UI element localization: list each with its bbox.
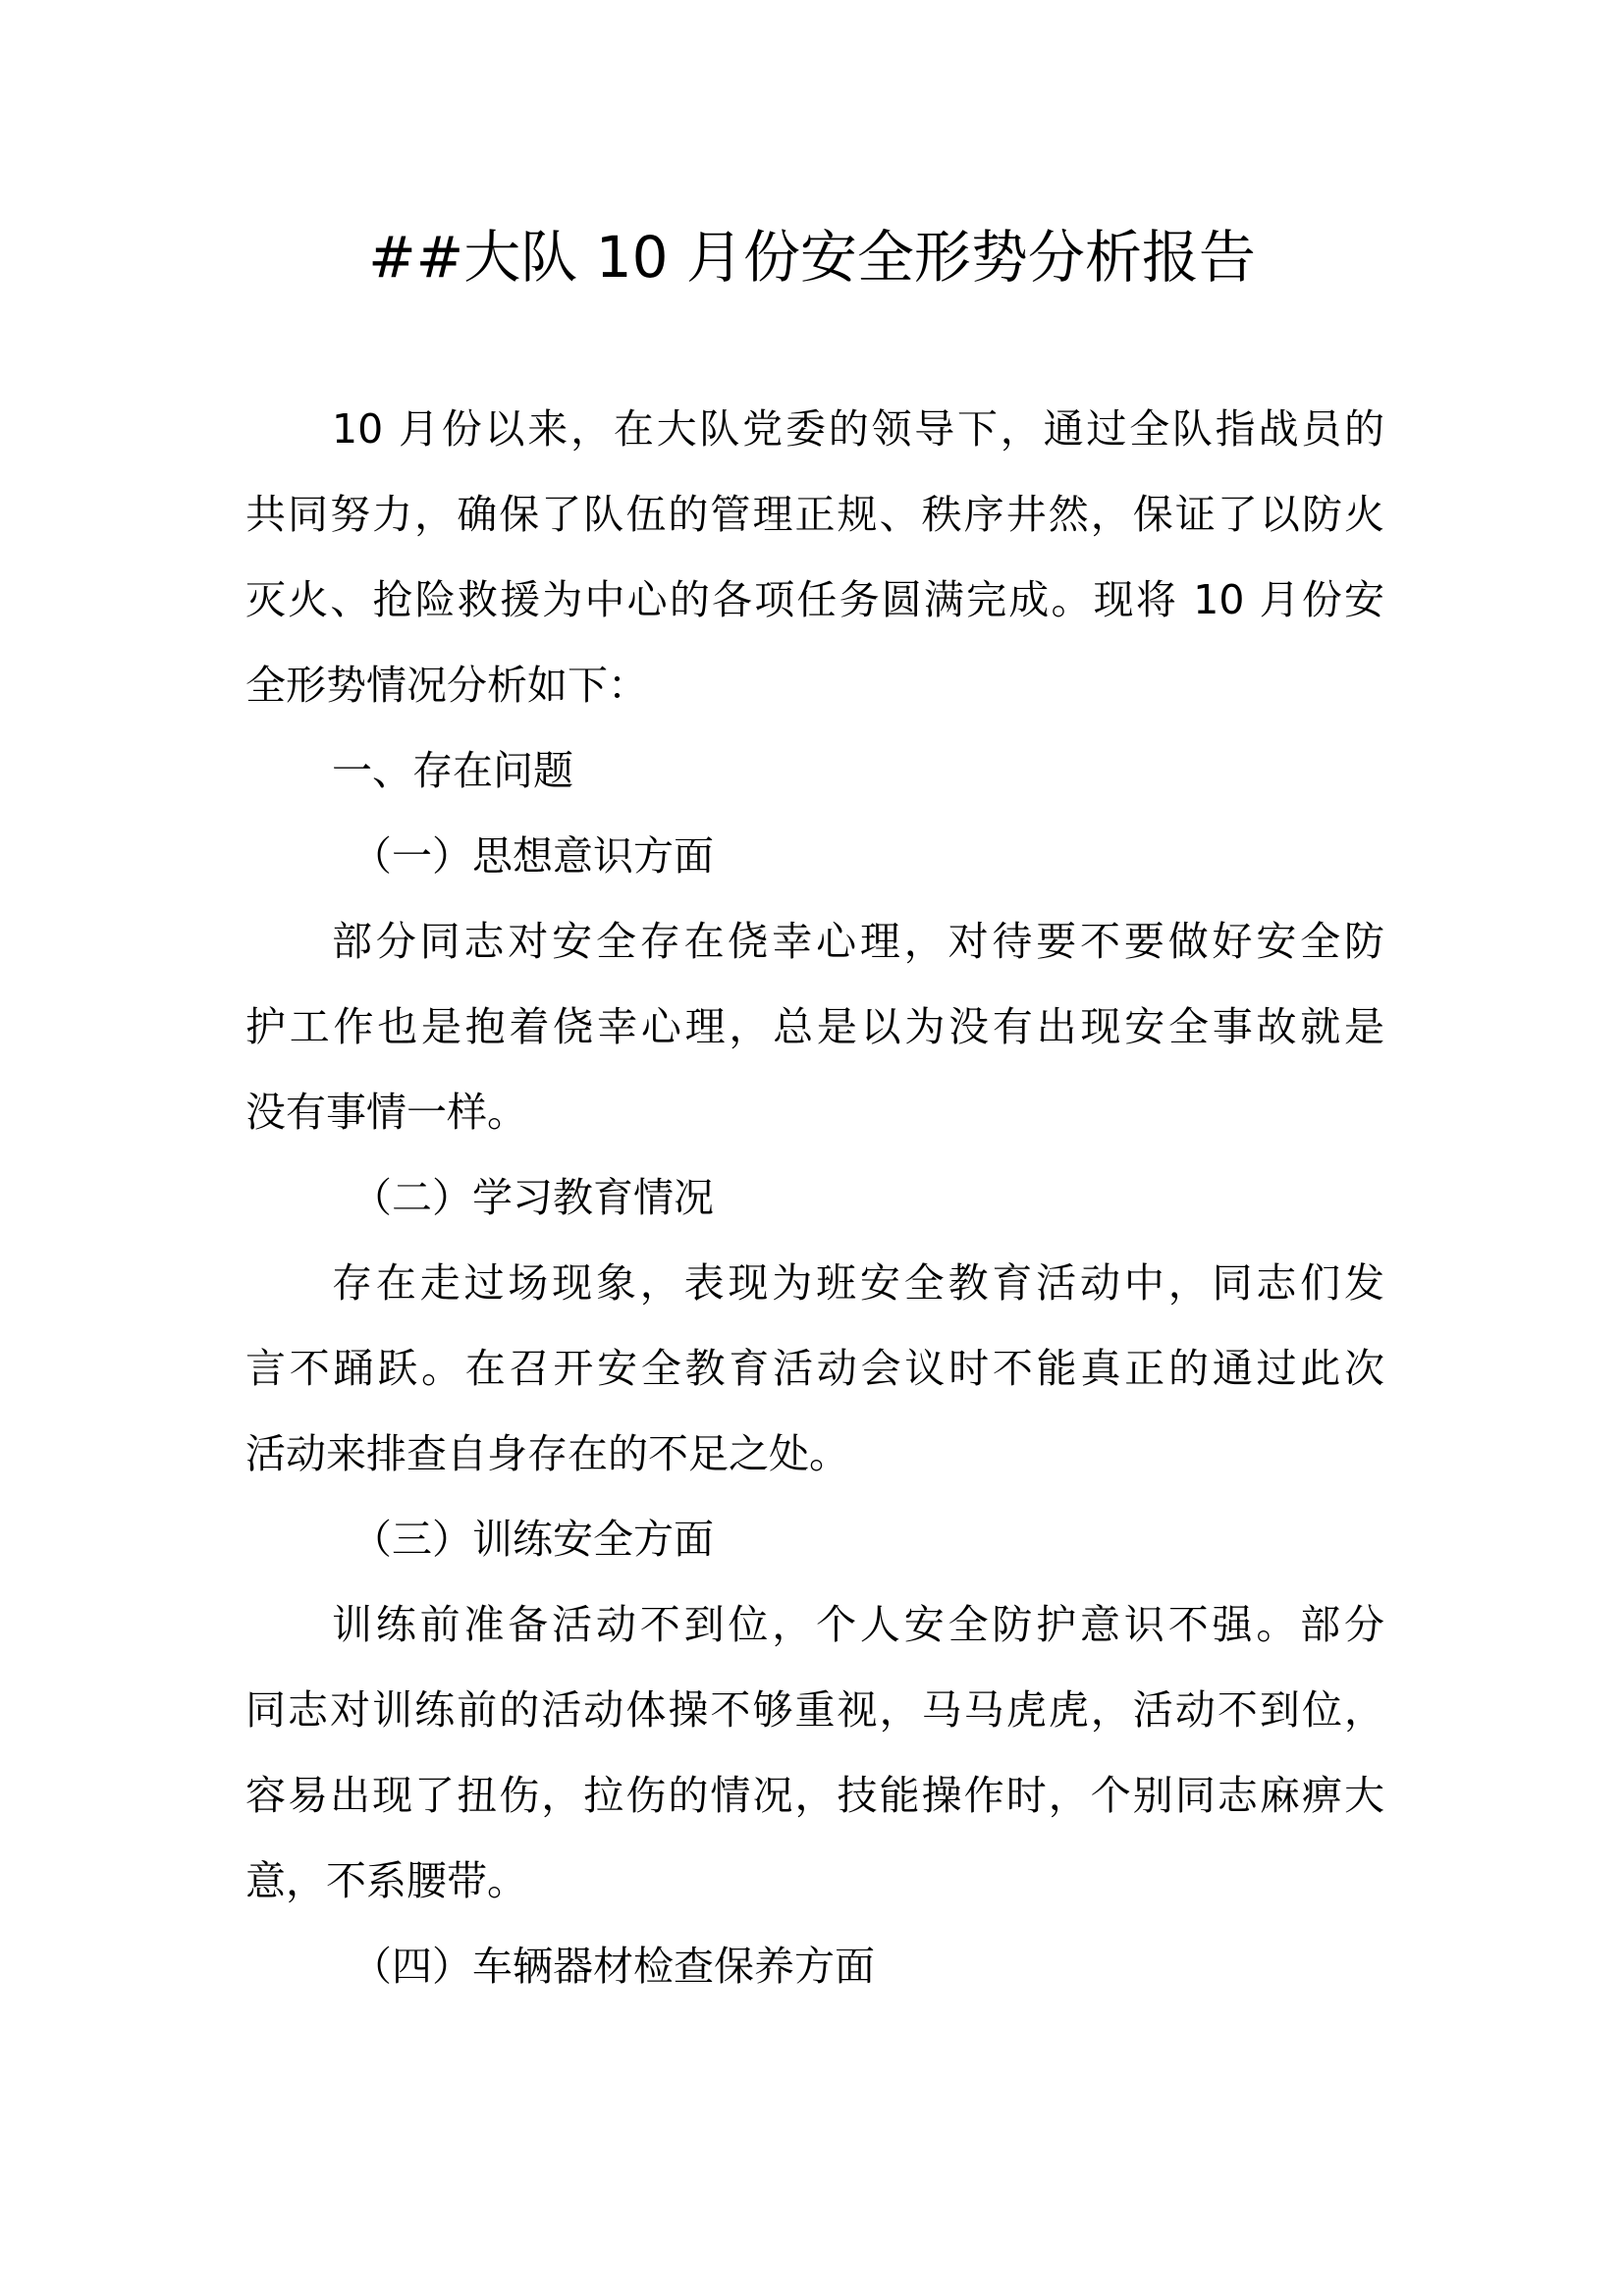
document-page: ##大队 10 月份安全形势分析报告 10 月份以来，在大队党委的领导下，通过全… — [0, 0, 1624, 2296]
subsection-heading-4: （四）车辆器材检查保养方面 — [352, 1937, 875, 1996]
intro-line-2: 共同努力，确保了队伍的管理正规、秩序井然，保证了以防火 — [245, 485, 1384, 544]
subsection-2-line-1: 存在走过场现象，表现为班安全教育活动中，同志们发 — [332, 1254, 1384, 1312]
section-heading-problems: 一、存在问题 — [332, 741, 573, 800]
subsection-3-line-3: 容易出现了扭伤，拉伤的情况，技能操作时，个别同志麻痹大 — [245, 1766, 1384, 1825]
subsection-3-line-2: 同志对训练前的活动体操不够重视，马马虎虎，活动不到位， — [245, 1681, 1384, 1739]
subsection-heading-3: （三）训练安全方面 — [352, 1510, 714, 1569]
subsection-2-line-2: 言不踊跃。在召开安全教育活动会议时不能真正的通过此次 — [245, 1339, 1384, 1398]
subsection-1-line-3: 没有事情一样。 — [245, 1083, 527, 1142]
subsection-1-line-2: 护工作也是抱着侥幸心理，总是以为没有出现安全事故就是 — [245, 997, 1384, 1056]
intro-line-4: 全形势情况分析如下： — [245, 656, 648, 715]
subsection-3-line-1: 训练前准备活动不到位，个人安全防护意识不强。部分 — [332, 1595, 1384, 1654]
subsection-heading-1: （一）思想意识方面 — [352, 827, 714, 885]
intro-line-3: 灭火、抢险救援为中心的各项任务圆满完成。现将 10 月份安 — [245, 570, 1384, 629]
subsection-2-line-3: 活动来排查自身存在的不足之处。 — [245, 1424, 849, 1483]
subsection-1-line-1: 部分同志对安全存在侥幸心理，对待要不要做好安全防 — [332, 912, 1384, 971]
subsection-3-line-4: 意，不系腰带。 — [245, 1851, 527, 1910]
intro-line-1: 10 月份以来，在大队党委的领导下，通过全队指战员的 — [332, 400, 1384, 458]
document-title: ##大队 10 月份安全形势分析报告 — [0, 218, 1624, 296]
subsection-heading-2: （二）学习教育情况 — [352, 1168, 714, 1227]
